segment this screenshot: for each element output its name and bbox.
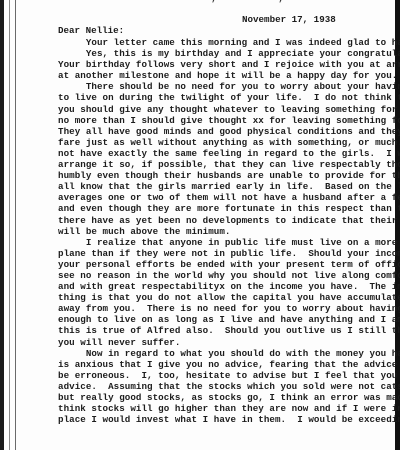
body-line: They all have good minds and good physic… — [58, 126, 388, 137]
body-line: Your birthday follows very short and I r… — [58, 59, 388, 70]
binding-rule-line — [9, 0, 10, 450]
body-line: Now in regard to what you should do with… — [58, 348, 388, 359]
body-line: averages one or two of them will not hav… — [58, 192, 388, 203]
body-line: thing is that you do not allow the capit… — [58, 292, 388, 303]
body-line: but really good stocks, as stocks go, I … — [58, 392, 388, 403]
letter-body: Your letter came this morning and I was … — [58, 37, 388, 425]
body-line: humbly even though their husbands are un… — [58, 170, 388, 181]
body-line: all know that the girls married early in… — [58, 181, 388, 192]
cut-off-header-text: ··· ·· ··· ··· ···· ··· ···, ·· ·······,… — [60, 0, 370, 4]
body-line: think stocks will go higher than they ar… — [58, 403, 388, 414]
body-line: at another milestone and hope it will be… — [58, 70, 388, 81]
body-line: there have as yet been no developments t… — [58, 215, 388, 226]
body-line: plane than if they were not in public li… — [58, 248, 388, 259]
body-line: your personal efforts be ended with your… — [58, 259, 388, 270]
body-line: this is true of Alfred also. Should you … — [58, 325, 388, 336]
body-line: There should be no need for you to worry… — [58, 81, 388, 92]
body-line: no more than I should give thought xx fo… — [58, 115, 388, 126]
body-line: enough to live on as long as I live and … — [58, 314, 388, 325]
body-line: will be much above the minimum. — [58, 226, 388, 237]
body-line: is anxious that I give you no advice, fe… — [58, 359, 388, 370]
salutation: Dear Nellie: — [58, 25, 124, 36]
body-line: place I would invest what I have in them… — [58, 414, 388, 425]
body-line: Yes, this is my birthday and I appreciat… — [58, 48, 388, 59]
body-line: fare just as well without anything as wi… — [58, 137, 388, 148]
scan-edge-left — [0, 0, 4, 450]
body-line: to live on during the twilight of your l… — [58, 92, 388, 103]
body-line: see no reason in the world why you shoul… — [58, 270, 388, 281]
binding-rule-line — [15, 0, 16, 450]
body-line: not have exactly the same feeling in reg… — [58, 148, 388, 159]
body-line: advice. Assuming that the stocks which y… — [58, 381, 388, 392]
body-line: you will never suffer. — [58, 337, 388, 348]
body-line: Your letter came this morning and I was … — [58, 37, 388, 48]
body-line: arrange it so, if possible, that they ca… — [58, 159, 388, 170]
body-line: be erroneous. I, too, hesitate to advise… — [58, 370, 388, 381]
body-line: and with great respectabilityx on the in… — [58, 281, 388, 292]
body-line: you should give any thought whatever to … — [58, 104, 388, 115]
body-line: I realize that anyone in public life mus… — [58, 237, 388, 248]
body-line: and even though they are more fortunate … — [58, 203, 388, 214]
letter-date: November 17, 1938 — [242, 14, 336, 25]
body-line: away from you. There is no need for you … — [58, 303, 388, 314]
letter-page: ··· ·· ··· ··· ···· ··· ···, ·· ·······,… — [0, 0, 400, 450]
